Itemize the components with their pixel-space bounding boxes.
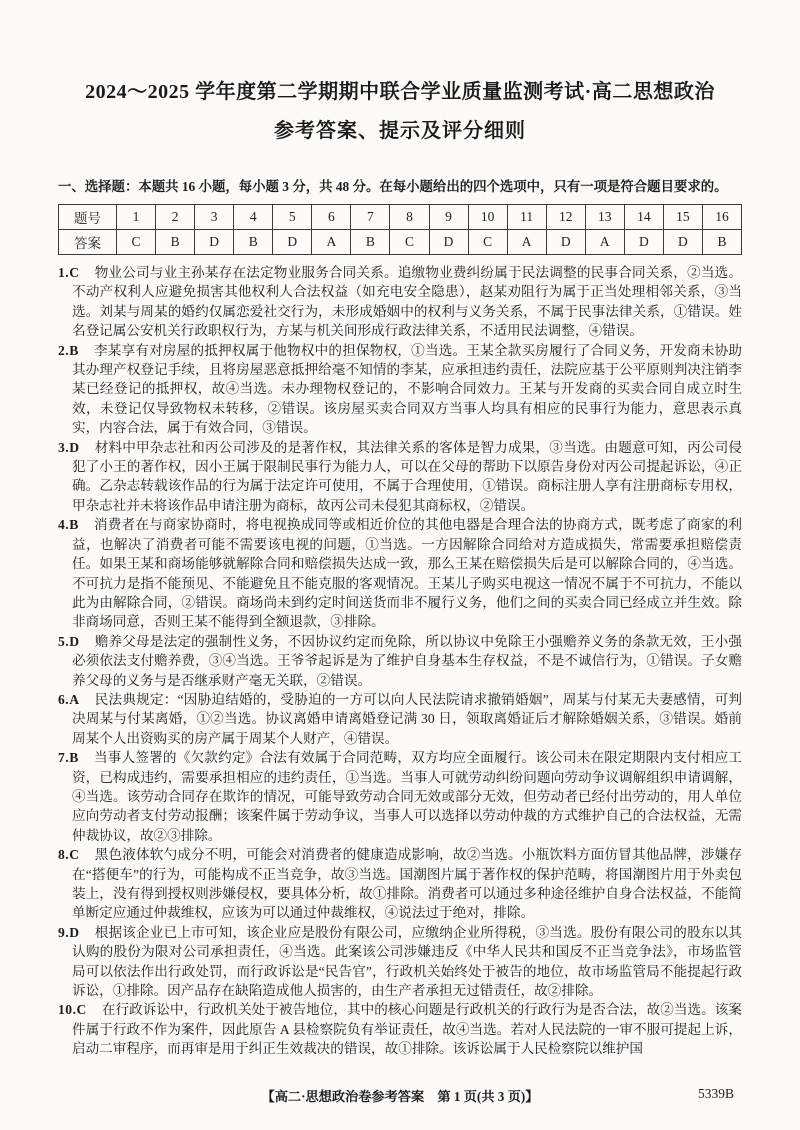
question-number-cell: 10 — [468, 205, 507, 230]
explanation-item: 6.A民法典规定：“因胁迫结婚的，受胁迫的一方可以向人民法院请求撤销婚姻”，周某… — [58, 690, 742, 748]
question-number-cell: 6 — [312, 205, 351, 230]
explanation-item: 3.D材料中甲杂志社和丙公司涉及的是著作权，其法律关系的客体是智力成果，③当选。… — [58, 438, 742, 516]
explanation-text: 黑色液体软勺成分不明，可能会对消费者的健康造成影响，故②当选。小瓶饮料方面仿冒其… — [72, 847, 742, 920]
answer-cell: C — [468, 230, 507, 255]
answer-cell: D — [273, 230, 312, 255]
answer-cell: B — [156, 230, 195, 255]
explanation-number: 6.A — [58, 692, 80, 707]
explanation-item: 1.C物业公司与业主孙某存在法定物业服务合同关系。追缴物业费纠纷属于民法调整的民… — [58, 263, 742, 341]
explanation-item: 5.D赡养父母是法定的强制性义务，不因协议约定而免除，所以协议中免除王小强赡养义… — [58, 632, 742, 690]
explanation-number: 5.D — [58, 634, 80, 649]
explanation-item: 2.B李某享有对房屋的抵押权属于他物权中的担保物权，①当选。王某全款买房履行了合… — [58, 341, 742, 438]
footer-title: 【高二·思想政治卷参考答案 第 1 页(共 3 页)】 — [0, 1086, 800, 1105]
answer-cell: B — [702, 230, 741, 255]
table-header-answer: 答案 — [59, 230, 117, 255]
answer-cell: C — [117, 230, 156, 255]
question-number-cell: 12 — [546, 205, 585, 230]
explanation-text: 材料中甲杂志社和丙公司涉及的是著作权，其法律关系的客体是智力成果，③当选。由题意… — [72, 440, 742, 513]
explanation-text: 当事人签署的《欠款约定》合法有效属于合同范畴，双方均应全面履行。该公司未在限定期… — [72, 750, 742, 843]
question-number-cell: 11 — [507, 205, 546, 230]
question-number-cell: 14 — [624, 205, 663, 230]
explanation-number: 8.C — [58, 847, 80, 862]
answer-cell: B — [234, 230, 273, 255]
answer-cell: A — [507, 230, 546, 255]
explanation-item: 4.B消费者在与商家协商时，将电视换成同等或相近价位的其他电器是合理合法的协商方… — [58, 515, 742, 631]
explanation-text: 赡养父母是法定的强制性义务，不因协议约定而免除，所以协议中免除王小强赡养义务的条… — [72, 634, 742, 688]
page-content: 2024～2025 学年度第二学期期中联合学业质量监测考试·高二思想政治 参考答… — [0, 0, 800, 1059]
answer-cell: D — [663, 230, 702, 255]
question-number-cell: 5 — [273, 205, 312, 230]
explanation-item: 9.D根据该企业已上市可知，该企业应是股份有限公司，应缴纳企业所得税，③当选。股… — [58, 923, 742, 1001]
answer-cell: C — [390, 230, 429, 255]
explanation-text: 李某享有对房屋的抵押权属于他物权中的担保物权，①当选。王某全款买房履行了合同义务… — [72, 343, 742, 436]
question-number-cell: 16 — [702, 205, 741, 230]
explanation-number: 4.B — [58, 517, 79, 532]
explanation-item: 10.C在行政诉讼中，行政机关处于被告地位，其中的核心问题是行政机关的行政行为是… — [58, 1000, 742, 1058]
explanation-number: 1.C — [58, 265, 80, 280]
title-block: 2024～2025 学年度第二学期期中联合学业质量监测考试·高二思想政治 参考答… — [58, 0, 742, 143]
page-subtitle: 参考答案、提示及评分细则 — [58, 119, 742, 143]
explanation-text: 根据该企业已上市可知，该企业应是股份有限公司，应缴纳企业所得税，③当选。股份有限… — [72, 925, 742, 998]
explanation-number: 2.B — [58, 343, 79, 358]
question-number-cell: 3 — [195, 205, 234, 230]
page-footer: 【高二·思想政治卷参考答案 第 1 页(共 3 页)】 5339B — [0, 1086, 800, 1104]
explanation-number: 9.D — [58, 925, 80, 940]
answer-cell: D — [624, 230, 663, 255]
explanation-text: 消费者在与商家协商时，将电视换成同等或相近价位的其他电器是合理合法的协商方式，既… — [72, 517, 742, 629]
explanation-number: 10.C — [58, 1002, 87, 1017]
answer-cell: A — [585, 230, 624, 255]
answer-table: 题号 1 2 3 4 5 6 7 8 9 10 11 12 13 14 15 1… — [58, 204, 742, 255]
question-number-cell: 4 — [234, 205, 273, 230]
answer-cell: D — [546, 230, 585, 255]
answer-cell: D — [429, 230, 468, 255]
explanation-list: 1.C物业公司与业主孙某存在法定物业服务合同关系。追缴物业费纠纷属于民法调整的民… — [58, 263, 742, 1059]
answer-cell: B — [351, 230, 390, 255]
question-number-cell: 8 — [390, 205, 429, 230]
page-title: 2024～2025 学年度第二学期期中联合学业质量监测考试·高二思想政治 — [58, 80, 742, 104]
question-number-cell: 7 — [351, 205, 390, 230]
explanation-text: 在行政诉讼中，行政机关处于被告地位，其中的核心问题是行政机关的行政行为是否合法，… — [72, 1002, 742, 1056]
explanation-item: 7.B当事人签署的《欠款约定》合法有效属于合同范畴，双方均应全面履行。该公司未在… — [58, 748, 742, 845]
explanation-text: 物业公司与业主孙某存在法定物业服务合同关系。追缴物业费纠纷属于民法调整的民事合同… — [72, 265, 742, 338]
question-number-cell: 1 — [117, 205, 156, 230]
footer-code: 5339B — [698, 1086, 734, 1102]
question-number-cell: 13 — [585, 205, 624, 230]
question-number-cell: 15 — [663, 205, 702, 230]
section-heading: 一、选择题：本题共 16 小题，每小题 3 分，共 48 分。在每小题给出的四个… — [58, 176, 742, 195]
answer-table-number-row: 题号 1 2 3 4 5 6 7 8 9 10 11 12 13 14 15 1… — [59, 205, 742, 230]
question-number-cell: 2 — [156, 205, 195, 230]
explanation-number: 7.B — [58, 750, 79, 765]
table-header-question-number: 题号 — [59, 205, 117, 230]
explanation-text: 民法典规定：“因胁迫结婚的，受胁迫的一方可以向人民法院请求撤销婚姻”，周某与付某… — [72, 692, 742, 746]
explanation-item: 8.C黑色液体软勺成分不明，可能会对消费者的健康造成影响，故②当选。小瓶饮料方面… — [58, 845, 742, 923]
document-page: 2024～2025 学年度第二学期期中联合学业质量监测考试·高二思想政治 参考答… — [0, 0, 800, 1130]
explanation-number: 3.D — [58, 440, 80, 455]
answer-cell: A — [312, 230, 351, 255]
question-number-cell: 9 — [429, 205, 468, 230]
answer-cell: D — [195, 230, 234, 255]
answer-table-answer-row: 答案 C B D B D A B C D C A D A D D B — [59, 230, 742, 255]
